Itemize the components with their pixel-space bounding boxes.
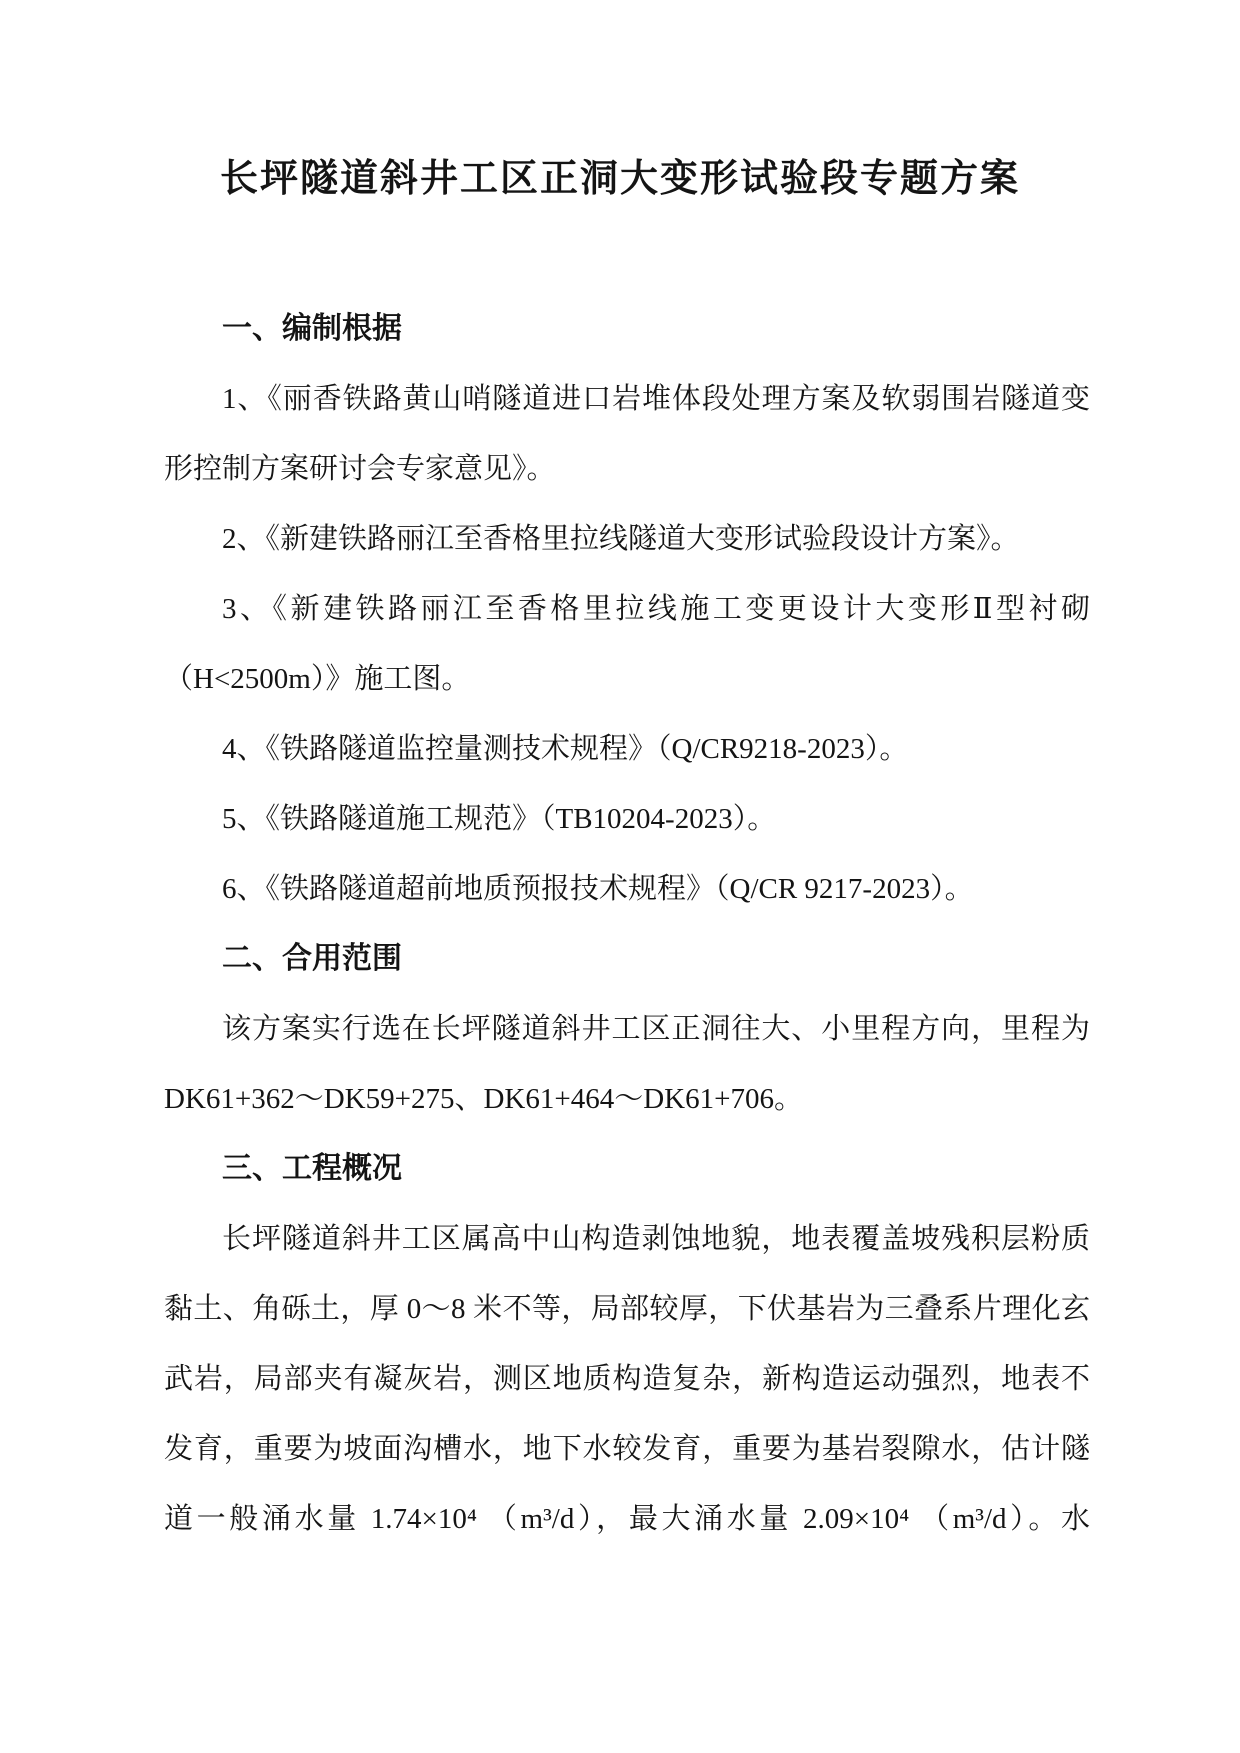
document-body: 一、编制根据 1、《丽香铁路黄山哨隧道进口岩堆体段处理方案及软弱围岩隧道变 形控… bbox=[0, 294, 1240, 1554]
text-line: 发育，重要为坡面沟槽水，地下水较发育，重要为基岩裂隙水，估计隧 bbox=[164, 1414, 1090, 1484]
document-title: 长坪隧道斜井工区正洞大变形试验段专题方案 bbox=[0, 0, 1240, 202]
text-line: 5、《铁路隧道施工规范》（TB10204-2023）。 bbox=[164, 784, 1090, 854]
text-line: 道一般涌水量 1.74×10⁴ （m³/d），最大涌水量 2.09×10⁴ （m… bbox=[164, 1484, 1090, 1554]
text-line: 黏土、角砾土，厚 0～8 米不等，局部较厚，下伏基岩为三叠系片理化玄 bbox=[164, 1274, 1090, 1344]
text-line: 形控制方案研讨会专家意见》。 bbox=[164, 434, 1090, 504]
section-basis: 一、编制根据 1、《丽香铁路黄山哨隧道进口岩堆体段处理方案及软弱围岩隧道变 形控… bbox=[164, 294, 1090, 924]
text-line: 4、《铁路隧道监控量测技术规程》（Q/CR9218-2023）。 bbox=[164, 714, 1090, 784]
text-line: 武岩，局部夹有凝灰岩，测区地质构造复杂，新构造运动强烈，地表不 bbox=[164, 1344, 1090, 1414]
section-overview: 三、工程概况 长坪隧道斜井工区属高中山构造剥蚀地貌，地表覆盖坡残积层粉质 黏土、… bbox=[164, 1134, 1090, 1554]
section-heading: 二、合用范围 bbox=[164, 924, 1090, 994]
section-heading: 三、工程概况 bbox=[164, 1134, 1090, 1204]
text-line: 3、《新建铁路丽江至香格里拉线施工变更设计大变形Ⅱ型衬砌 bbox=[164, 574, 1090, 644]
text-line: 2、《新建铁路丽江至香格里拉线隧道大变形试验段设计方案》。 bbox=[164, 504, 1090, 574]
text-line: DK61+362～DK59+275、DK61+464～DK61+706。 bbox=[164, 1064, 1090, 1134]
section-scope: 二、合用范围 该方案实行选在长坪隧道斜井工区正洞往大、小里程方向，里程为 DK6… bbox=[164, 924, 1090, 1134]
text-line: 6、《铁路隧道超前地质预报技术规程》（Q/CR 9217-2023）。 bbox=[164, 854, 1090, 924]
text-line: 该方案实行选在长坪隧道斜井工区正洞往大、小里程方向，里程为 bbox=[164, 994, 1090, 1064]
document-page: 长坪隧道斜井工区正洞大变形试验段专题方案 一、编制根据 1、《丽香铁路黄山哨隧道… bbox=[0, 0, 1240, 1753]
section-heading: 一、编制根据 bbox=[164, 294, 1090, 364]
text-line: 1、《丽香铁路黄山哨隧道进口岩堆体段处理方案及软弱围岩隧道变 bbox=[164, 364, 1090, 434]
text-line: 长坪隧道斜井工区属高中山构造剥蚀地貌，地表覆盖坡残积层粉质 bbox=[164, 1204, 1090, 1274]
text-line: （H<2500m）》施工图。 bbox=[164, 644, 1090, 714]
